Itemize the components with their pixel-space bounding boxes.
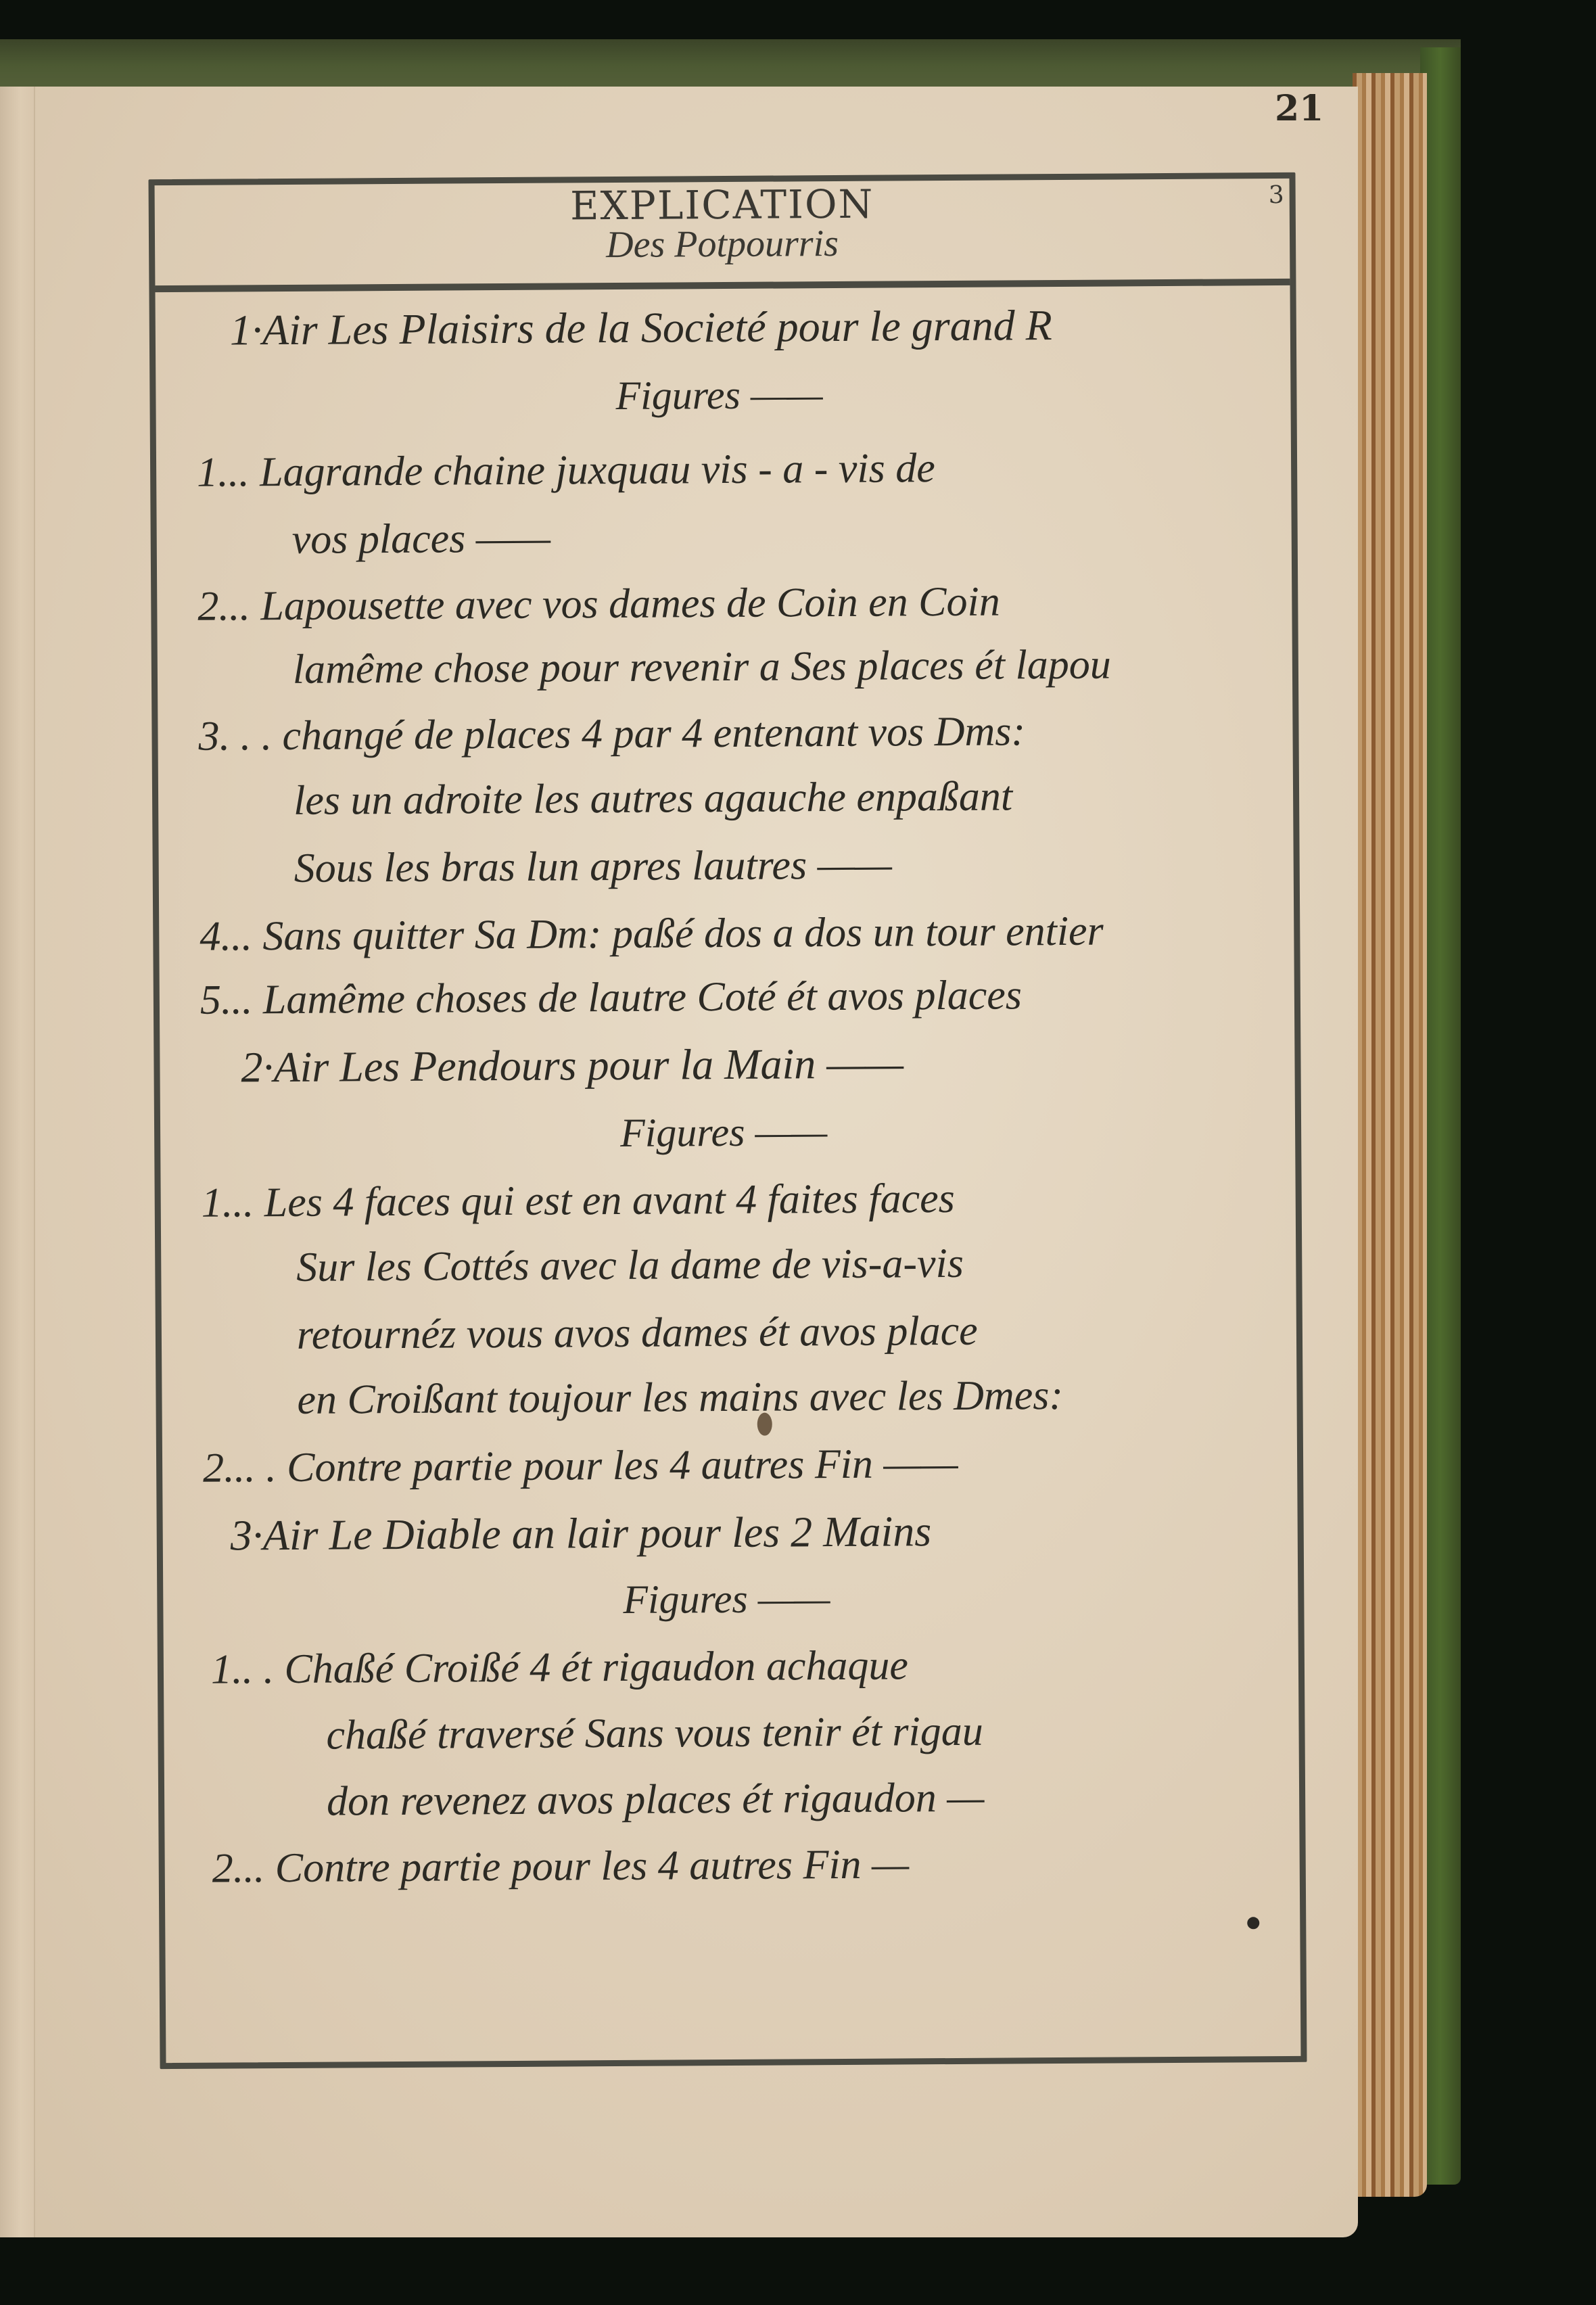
figure-line: en Croißant toujour les mains avec les D… <box>297 1372 1063 1424</box>
figures-label-1: Figures —— <box>615 371 823 419</box>
folio-number: 21 <box>1275 88 1323 129</box>
figure-line: 2... . Contre partie pour les 4 autres F… <box>203 1440 958 1492</box>
figure-line: Sous les bras lun apres lautres —— <box>294 841 892 892</box>
page-gutter <box>0 87 35 2237</box>
figure-line: 1.. . Chaßé Croißé 4 ét rigaudon achaque <box>211 1642 908 1693</box>
page-number: 3 <box>1269 181 1284 209</box>
figure-line: 2... Lapousette avec vos dames de Coin e… <box>197 578 1000 630</box>
ink-stain <box>757 1413 772 1436</box>
figure-line: vos places —— <box>292 515 551 563</box>
header-box: EXPLICATION Des Potpourris 3 <box>155 179 1290 292</box>
figures-label-3: Figures —— <box>623 1575 830 1623</box>
book-cover-top-edge <box>0 39 1461 93</box>
figure-line: 5... Lamême choses de lautre Coté ét avo… <box>200 971 1022 1023</box>
figure-line: Sur les Cottés avec la dame de vis-a-vis <box>296 1240 964 1291</box>
manuscript-body: 1·Air Les Plaisirs de la Societé pour le… <box>156 294 1290 300</box>
figures-label-2: Figures —— <box>620 1108 828 1157</box>
figure-line: retournéz vous avos dames ét avos place <box>297 1307 978 1359</box>
page-fore-edges <box>1353 73 1427 2197</box>
figure-line: les un adroite les autres agauche enpaßa… <box>294 772 1012 824</box>
figure-line: 1... Lagrande chaine juxquau vis - a - v… <box>197 444 935 496</box>
figure-line: 1... Les 4 faces qui est en avant 4 fait… <box>202 1175 956 1227</box>
figure-line: lamême chose pour revenir a Ses places é… <box>293 641 1111 693</box>
figure-line: 2... Contre partie pour les 4 autres Fin… <box>212 1840 910 1892</box>
figure-line: don revenez avos places ét rigaudon — <box>327 1774 985 1825</box>
figure-line: 3. . . changé de places 4 par 4 entenant… <box>198 707 1025 760</box>
air-title-1: 1·Air Les Plaisirs de la Societé pour le… <box>230 302 1052 354</box>
figure-line: chaßé traversé Sans vous tenir ét rigau <box>326 1708 983 1759</box>
ruled-frame: EXPLICATION Des Potpourris 3 1·Air Les P… <box>148 172 1307 2069</box>
air-title-3: 3·Air Le Diable an lair pour les 2 Mains <box>231 1508 932 1559</box>
ink-dot <box>1247 1917 1259 1929</box>
figure-line: 4... Sans quitter Sa Dm: paßé dos a dos … <box>199 908 1104 960</box>
air-title-2: 2·Air Les Pendours pour la Main —— <box>241 1040 903 1091</box>
page-subtitle: Des Potpourris <box>155 220 1290 268</box>
